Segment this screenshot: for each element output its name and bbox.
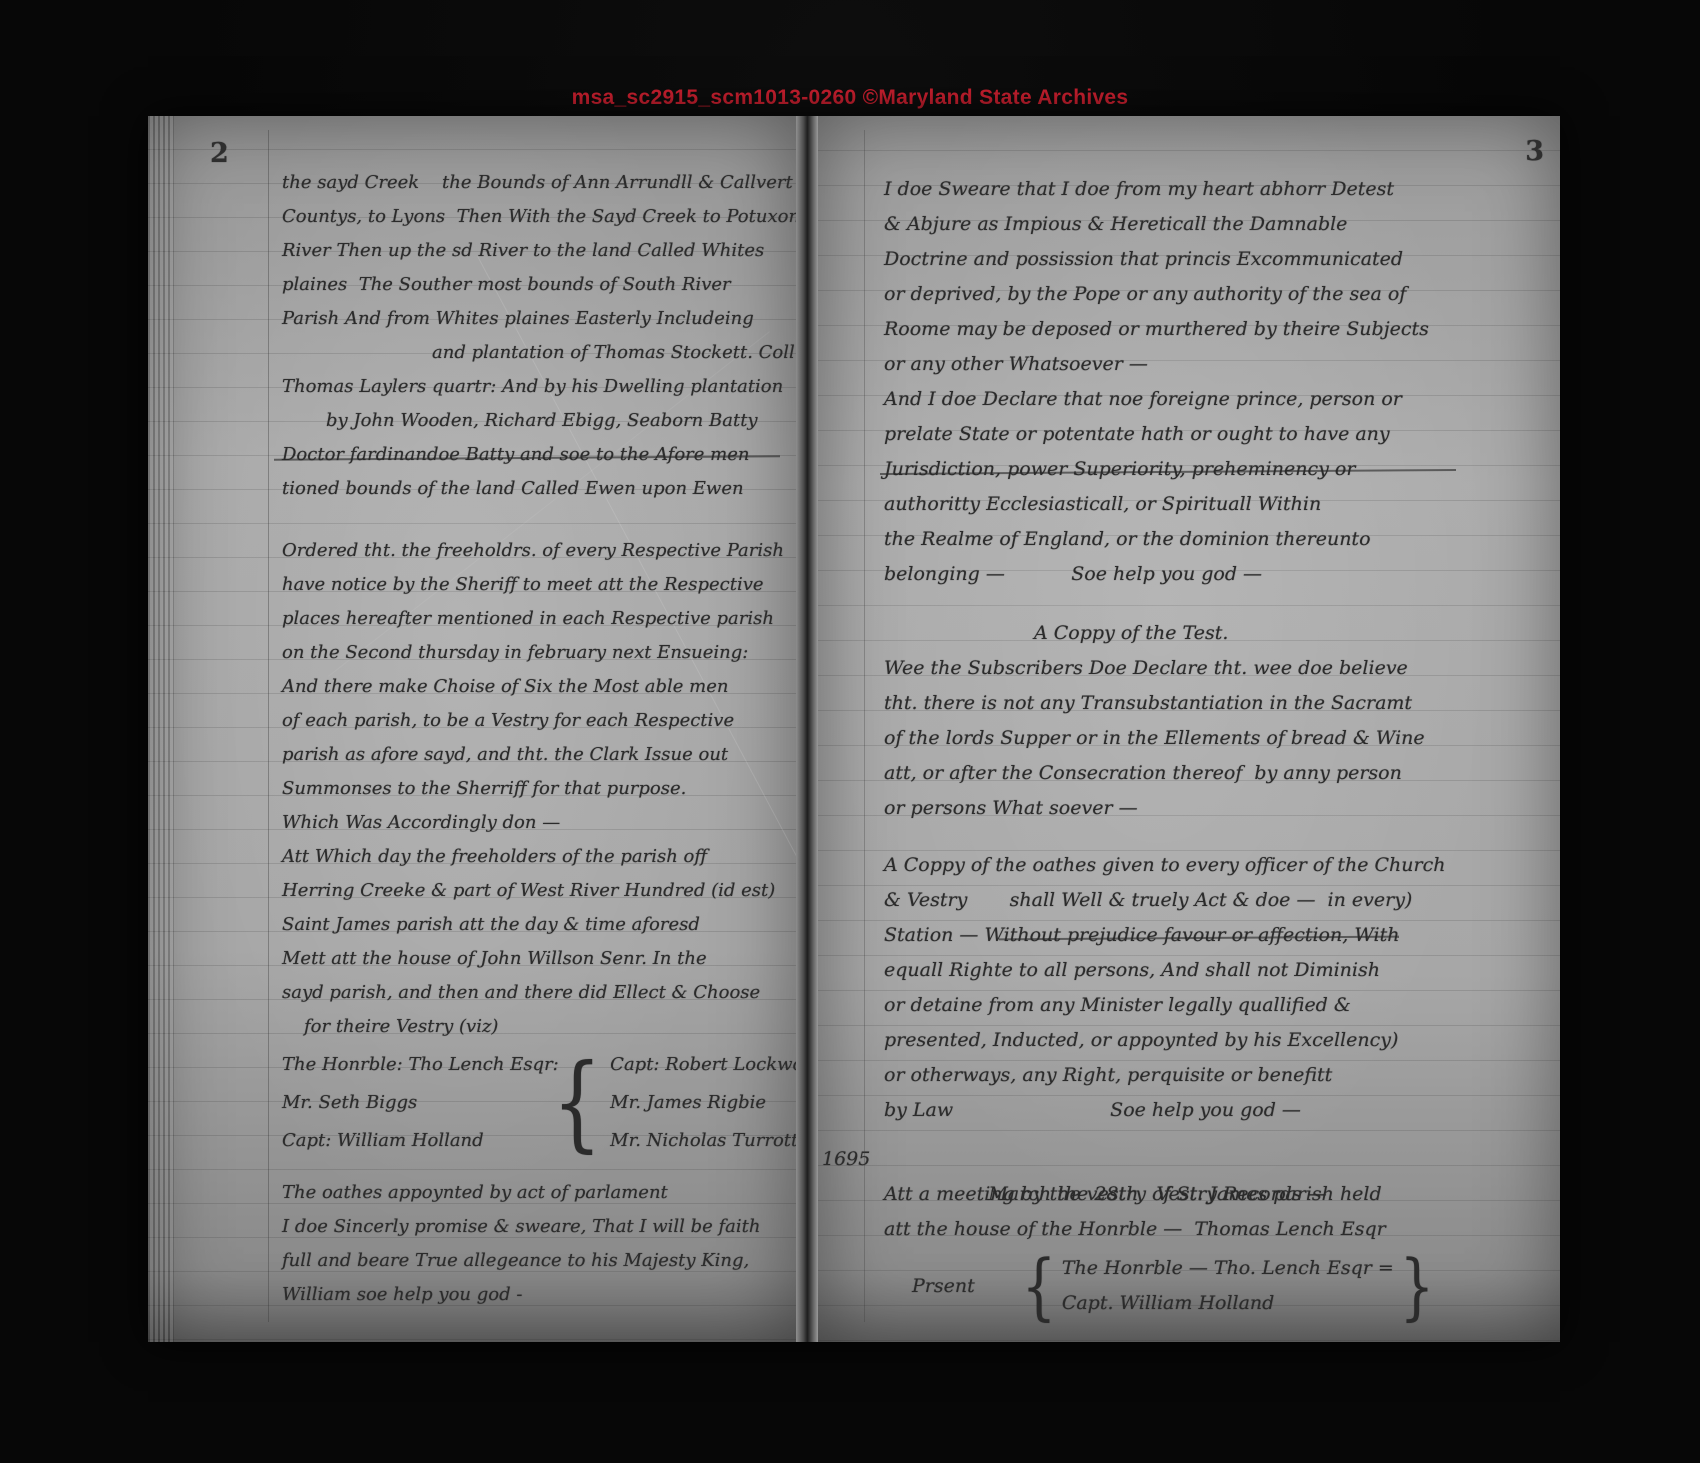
manuscript-line: att, or after the Consecration thereof b… <box>884 756 1560 791</box>
manuscript-line: or persons What soever — <box>884 791 1560 826</box>
archive-watermark: msa_sc2915_scm1013-0260 ©Maryland State … <box>0 86 1700 110</box>
vestry-member: Capt: Robert Lockwood <box>610 1046 796 1084</box>
manuscript-line: tht. there is not any Transubstantiation… <box>884 686 1560 721</box>
manuscript-line: A Coppy of the oathes given to every off… <box>884 848 1560 883</box>
manuscript-line: And I doe Declare that noe foreigne prin… <box>884 382 1560 417</box>
section-heading: A Coppy of the Test. <box>884 616 1560 651</box>
manuscript-line: The oathes appoynted by act of parlament <box>282 1176 790 1210</box>
margin-year: 1695 <box>822 1142 870 1177</box>
manuscript-page-right: 3 I doe Sweare that I doe from my heart … <box>818 116 1560 1342</box>
manuscript-line: Countys, to Lyons Then With the Sayd Cre… <box>282 200 790 234</box>
manuscript-line: or otherways, any Right, perquisite or b… <box>884 1058 1560 1093</box>
brace-icon <box>552 1056 602 1150</box>
brace-close-icon <box>1400 1254 1434 1319</box>
manuscript-line: belonging — Soe help you god — <box>884 557 1560 592</box>
manuscript-line: authoritty Ecclesiasticall, or Spiritual… <box>884 487 1560 522</box>
manuscript-line: for theire Vestry (viz) <box>282 1010 790 1044</box>
manuscript-line: sayd parish, and then and there did Elle… <box>282 976 790 1010</box>
manuscript-line: have notice by the Sheriff to meet att t… <box>282 568 790 602</box>
manuscript-line: Which Was Accordingly don — <box>282 806 790 840</box>
manuscript-line: on the Second thursday in february next … <box>282 636 790 670</box>
manuscript-line: and plantation of Thomas Stockett. Coll <box>282 336 790 370</box>
manuscript-line: Herring Creeke & part of West River Hund… <box>282 874 790 908</box>
vestry-member: Mr. James Rigbie <box>610 1084 796 1122</box>
present-member: Capt. William Holland <box>1062 1286 1394 1321</box>
present-names: The Honrble — Tho. Lench Esqr = Capt. Wi… <box>1062 1251 1394 1321</box>
manuscript-line: Att a meeting by the vestry of St. James… <box>884 1177 1560 1212</box>
manuscript-line: I doe Sweare that I doe from my heart ab… <box>884 172 1560 207</box>
manuscript-line: full and beare True allegeance to his Ma… <box>282 1244 790 1278</box>
manuscript-line: Roome may be deposed or murthered by the… <box>884 312 1560 347</box>
manuscript-line: Wee the Subscribers Doe Declare tht. wee… <box>884 651 1560 686</box>
vestry-member: Mr. Nicholas Turrott <box>610 1122 796 1160</box>
manuscript-line: tioned bounds of the land Called Ewen up… <box>282 472 790 506</box>
manuscript-line-struck: Doctor fardinandoe Batty and soe to the … <box>282 438 790 472</box>
manuscript-line: 1695March the 28th Vestry Records — <box>884 1142 1560 1177</box>
manuscript-line: Doctrine and possission that princis Exc… <box>884 242 1560 277</box>
manuscript-line: Ordered tht. the freeholdrs. of every Re… <box>282 534 790 568</box>
manuscript-line: places hereafter mentioned in each Respe… <box>282 602 790 636</box>
manuscript-line: plaines The Souther most bounds of South… <box>282 268 790 302</box>
manuscript-line: equall Righte to all persons, And shall … <box>884 953 1560 988</box>
present-list: Prsent The Honrble — Tho. Lench Esqr = C… <box>884 1251 1560 1321</box>
page-number-left: 2 <box>210 138 229 169</box>
manuscript-line: And there make Choise of Six the Most ab… <box>282 670 790 704</box>
vestry-member: Capt: William Holland <box>282 1122 544 1160</box>
brace-icon <box>1022 1254 1056 1319</box>
manuscript-line: I doe Sincerly promise & sweare, That I … <box>282 1210 790 1244</box>
vestry-column-left: The Honrble: Tho Lench Esqr: Mr. Seth Bi… <box>282 1046 544 1160</box>
manuscript-line: presented, Inducted, or appoynted by his… <box>884 1023 1560 1058</box>
manuscript-line: the Realme of England, or the dominion t… <box>884 522 1560 557</box>
book-gutter <box>796 116 818 1342</box>
page-number-right: 3 <box>1525 136 1544 167</box>
manuscript-line: by Law Soe help you god — <box>884 1093 1560 1128</box>
vestry-member: The Honrble: Tho Lench Esqr: <box>282 1046 544 1084</box>
manuscript-line: Mett att the house of John Willson Senr.… <box>282 942 790 976</box>
manuscript-line: att the house of the Honrble — Thomas Le… <box>884 1212 1560 1247</box>
manuscript-line: Summonses to the Sherriff for that purpo… <box>282 772 790 806</box>
manuscript-line: & Abjure as Impious & Hereticall the Dam… <box>884 207 1560 242</box>
vestry-member-list: The Honrble: Tho Lench Esqr: Mr. Seth Bi… <box>282 1046 790 1160</box>
manuscript-line: prelate State or potentate hath or ought… <box>884 417 1560 452</box>
manuscript-book: 2 the sayd Creek the Bounds of Ann Arrun… <box>148 116 1560 1342</box>
manuscript-line: Att Which day the freeholders of the par… <box>282 840 790 874</box>
manuscript-line: Thomas Laylers quartr: And by his Dwelli… <box>282 370 790 404</box>
left-page-text: the sayd Creek the Bounds of Ann Arrundl… <box>282 166 790 1312</box>
manuscript-line: or any other Whatsoever — <box>884 347 1560 382</box>
present-member: The Honrble — Tho. Lench Esqr = <box>1062 1251 1394 1286</box>
manuscript-line: Parish And from Whites plaines Easterly … <box>282 302 790 336</box>
manuscript-line: parish as afore sayd, and tht. the Clark… <box>282 738 790 772</box>
present-label: Prsent <box>912 1269 1016 1304</box>
archive-photo-canvas: msa_sc2915_scm1013-0260 ©Maryland State … <box>0 0 1700 1463</box>
manuscript-line: of each parish, to be a Vestry for each … <box>282 704 790 738</box>
manuscript-line: Saint James parish att the day & time af… <box>282 908 790 942</box>
manuscript-page-left: 2 the sayd Creek the Bounds of Ann Arrun… <box>148 116 796 1342</box>
vestry-column-right: Capt: Robert Lockwood Mr. James Rigbie M… <box>610 1046 796 1160</box>
manuscript-line: or deprived, by the Pope or any authorit… <box>884 277 1560 312</box>
manuscript-line: & Vestry shall Well & truely Act & doe —… <box>884 883 1560 918</box>
manuscript-line: by John Wooden, Richard Ebigg, Seaborn B… <box>282 404 790 438</box>
manuscript-line: of the lords Supper or in the Ellements … <box>884 721 1560 756</box>
manuscript-line: River Then up the sd River to the land C… <box>282 234 790 268</box>
manuscript-line-struck: Jurisdiction, power Superiority, prehemi… <box>884 452 1560 487</box>
manuscript-line: or detaine from any Minister legally qua… <box>884 988 1560 1023</box>
right-page-text: I doe Sweare that I doe from my heart ab… <box>884 172 1560 1321</box>
vestry-member: Mr. Seth Biggs <box>282 1084 544 1122</box>
manuscript-line: William soe help you god - <box>282 1278 790 1312</box>
manuscript-line: the sayd Creek the Bounds of Ann Arrundl… <box>282 166 790 200</box>
manuscript-line-struck: Station — Without prejudice favour or af… <box>884 918 1560 953</box>
